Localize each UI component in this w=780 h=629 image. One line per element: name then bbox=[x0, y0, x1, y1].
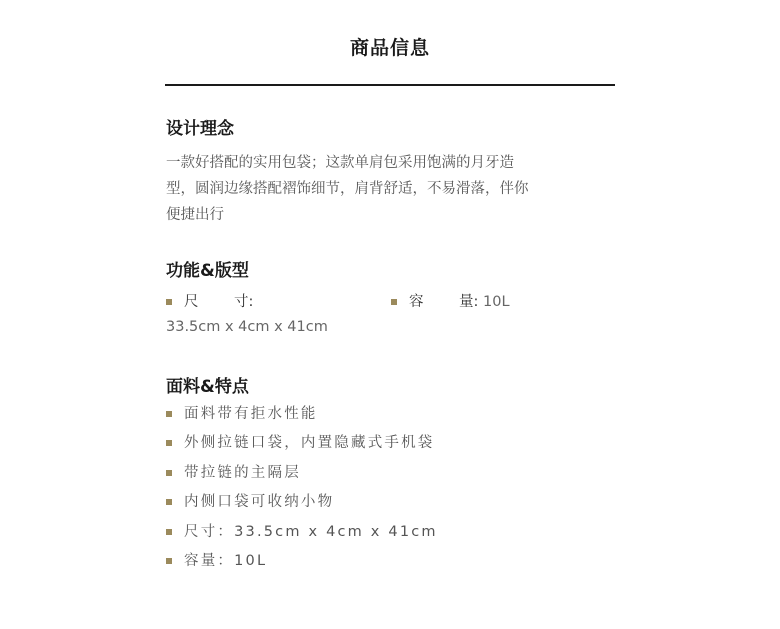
feature-text: 带拉链的主隔层 bbox=[184, 465, 301, 481]
design-description: 一款好搭配的实用包袋；这款单肩包采用饱满的月牙造 型，圆润边缘搭配褶饰细节，肩背… bbox=[166, 150, 566, 228]
spec-size-label-a: 尺 bbox=[184, 290, 234, 311]
bullet-icon bbox=[166, 499, 172, 505]
feature-item: 尺寸：33.5cm x 4cm x 41cm bbox=[166, 518, 438, 547]
spec-capacity-label-b: 量: bbox=[459, 294, 478, 310]
feature-item: 带拉链的主隔层 bbox=[166, 459, 438, 488]
feature-text: 尺寸：33.5cm x 4cm x 41cm bbox=[184, 524, 438, 540]
feature-text: 容量：10L bbox=[184, 553, 267, 569]
spec-capacity: 容量: 10L bbox=[391, 290, 510, 311]
feature-text: 面料带有拒水性能 bbox=[184, 406, 318, 422]
design-line: 便捷出行 bbox=[166, 202, 566, 228]
feature-text: 外侧拉链口袋，内置隐藏式手机袋 bbox=[184, 435, 435, 451]
spec-capacity-label-a: 容 bbox=[409, 290, 459, 311]
material-section-title: 面料&特点 bbox=[166, 372, 249, 397]
title-divider bbox=[165, 84, 615, 86]
page-title: 商品信息 bbox=[0, 33, 780, 60]
design-section-title: 设计理念 bbox=[166, 114, 234, 139]
spec-capacity-value: 10L bbox=[483, 294, 510, 310]
bullet-icon bbox=[166, 529, 172, 535]
feature-list: 面料带有拒水性能 外侧拉链口袋，内置隐藏式手机袋 带拉链的主隔层 内侧口袋可收纳… bbox=[166, 400, 438, 576]
function-section-title: 功能&版型 bbox=[166, 256, 249, 281]
feature-item: 外侧拉链口袋，内置隐藏式手机袋 bbox=[166, 429, 438, 458]
bullet-icon bbox=[166, 440, 172, 446]
feature-item: 内侧口袋可收纳小物 bbox=[166, 488, 438, 517]
spec-size: 尺寸: bbox=[166, 290, 253, 311]
feature-text: 内侧口袋可收纳小物 bbox=[184, 494, 334, 510]
bullet-icon bbox=[166, 558, 172, 564]
bullet-icon bbox=[166, 299, 172, 305]
bullet-icon bbox=[166, 470, 172, 476]
spec-size-value: 33.5cm x 4cm x 41cm bbox=[166, 319, 328, 335]
bullet-icon bbox=[391, 299, 397, 305]
design-line: 一款好搭配的实用包袋；这款单肩包采用饱满的月牙造 bbox=[166, 150, 566, 176]
spec-size-label-b: 寸: bbox=[234, 294, 253, 310]
design-line: 型，圆润边缘搭配褶饰细节，肩背舒适，不易滑落，伴你 bbox=[166, 176, 566, 202]
feature-item: 面料带有拒水性能 bbox=[166, 400, 438, 429]
bullet-icon bbox=[166, 411, 172, 417]
feature-item: 容量：10L bbox=[166, 547, 438, 576]
